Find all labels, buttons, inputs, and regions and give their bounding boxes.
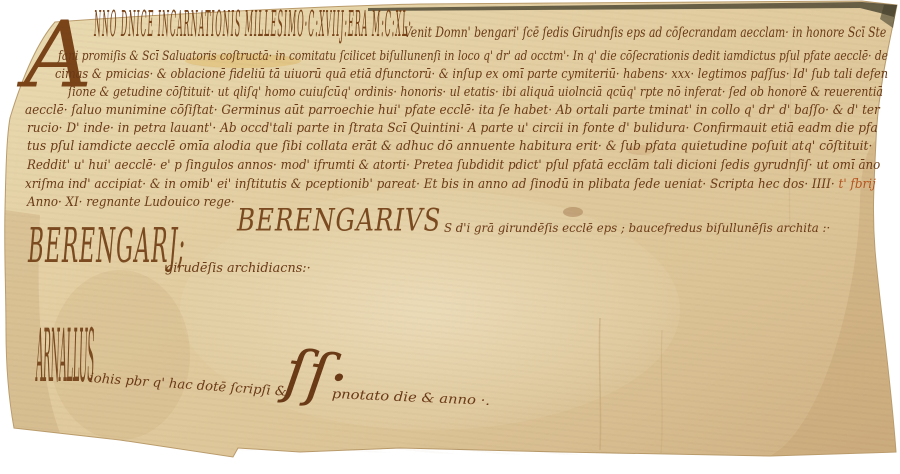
bishop-subscription-caps: BERENGARIVS	[237, 204, 441, 238]
charter-line-7: tus pſul iamdicte aecclē omīa alodia que…	[27, 140, 872, 154]
charter-line-3: cimas & pmicias· & oblacionē fideliū tā …	[55, 68, 888, 82]
stain	[563, 207, 583, 217]
charter-line-10: Anno· XI· regnante Ludouico rege·	[27, 196, 235, 210]
bishop-subscription: S d'i grā girundēſis ecclē eps ; baucefr…	[444, 221, 830, 235]
charter-line-9-text: xriſma ind' accipiat· & in omib' ei' inſ…	[25, 177, 839, 192]
rubric-date: t' fbrij	[839, 177, 876, 192]
charter-line-8: Reddit' u' hui' aecclē· e' p ſingulos an…	[27, 159, 880, 173]
archdeacon-subscription: girudēſis archidiacns:·	[165, 262, 311, 276]
scribe-monogram: ARNALLUS	[36, 316, 94, 396]
manuscript-photo: A NNO DNICE INCARNATIONIS MILLESIMO·C:XV…	[0, 0, 900, 474]
dating-clause-caps: NNO DNICE INCARNATIONIS MILLESIMO·C:XVII…	[94, 9, 412, 48]
charter-line-2: fani promiſis & Scī Saluatoris coſtructā…	[58, 50, 888, 64]
charter-line-1: Venit Domn' bengari' ſcē ſedis Girudnſis…	[404, 26, 886, 41]
bishop-monogram: BERENGARJ;	[28, 220, 186, 273]
charter-line-6: rucio· D' inde· in petra lauant'· Ab occ…	[27, 122, 878, 136]
charter-line-4: ſione & getudine cōſtituit· ut qliſq' ho…	[68, 86, 883, 100]
charter-line-5: aecclē· ſaluo munimine cōſiſtat· Germinu…	[25, 104, 880, 118]
charter-line-9: xriſma ind' accipiat· & in omib' ei' inſ…	[25, 178, 876, 192]
